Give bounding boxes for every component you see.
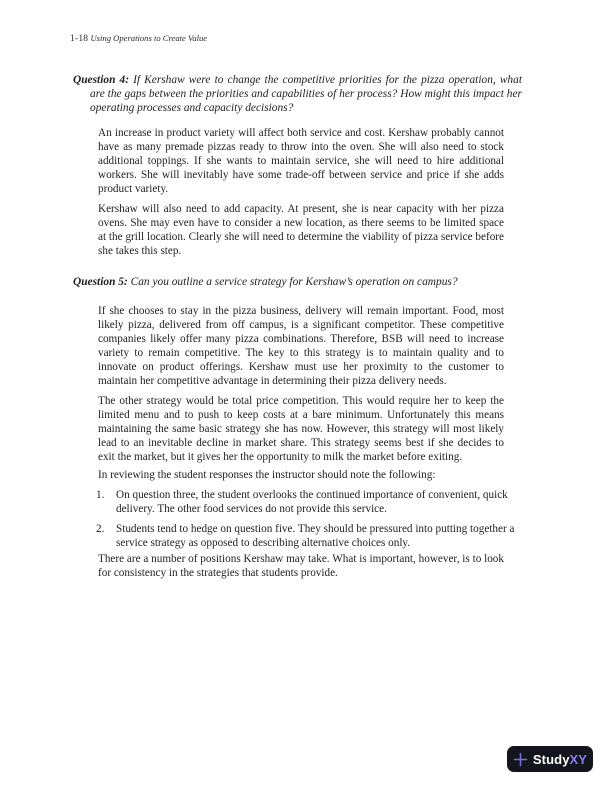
note-2-text: Students tend to hedge on question five.… (116, 523, 514, 549)
note-1-text: On question three, the student overlooks… (116, 489, 508, 515)
closing-paragraph: There are a number of positions Kershaw … (98, 552, 504, 580)
brand-name-primary: Study (533, 752, 570, 767)
studyxy-logo-badge: StudyXY (507, 746, 593, 772)
question-5-text: Can you outline a service strategy for K… (131, 276, 458, 288)
answer-5-paragraph-3: In reviewing the student responses the i… (98, 468, 504, 482)
document-page: 1-18 Using Operations to Create Value Qu… (0, 0, 612, 792)
plus-icon (513, 752, 528, 767)
question-4-label: Question 4: (73, 74, 129, 86)
answer-5-paragraph-2: The other strategy would be total price … (98, 394, 504, 464)
question-4-text: If Kershaw were to change the competitiv… (90, 74, 522, 114)
brand-name: StudyXY (533, 753, 587, 766)
answer-4-paragraph-2: Kershaw will also need to add capacity. … (98, 202, 504, 258)
note-2-number: 2. (96, 522, 116, 536)
answer-4-paragraph-1: An increase in product variety will affe… (98, 126, 504, 196)
instructor-note-2: 2.Students tend to hedge on question fiv… (96, 522, 526, 550)
running-header: 1-18 Using Operations to Create Value (70, 33, 207, 44)
running-title: Using Operations to Create Value (90, 33, 207, 43)
question-4: Question 4: If Kershaw were to change th… (73, 73, 522, 115)
question-5-label: Question 5: (73, 276, 128, 288)
page-number: 1-18 (70, 34, 88, 44)
instructor-note-1: 1.On question three, the student overloo… (96, 488, 526, 516)
question-5: Question 5: Can you outline a service st… (73, 275, 522, 289)
note-1-number: 1. (96, 488, 116, 502)
answer-5-paragraph-1: If she chooses to stay in the pizza busi… (98, 304, 504, 388)
brand-name-accent: XY (570, 752, 588, 767)
